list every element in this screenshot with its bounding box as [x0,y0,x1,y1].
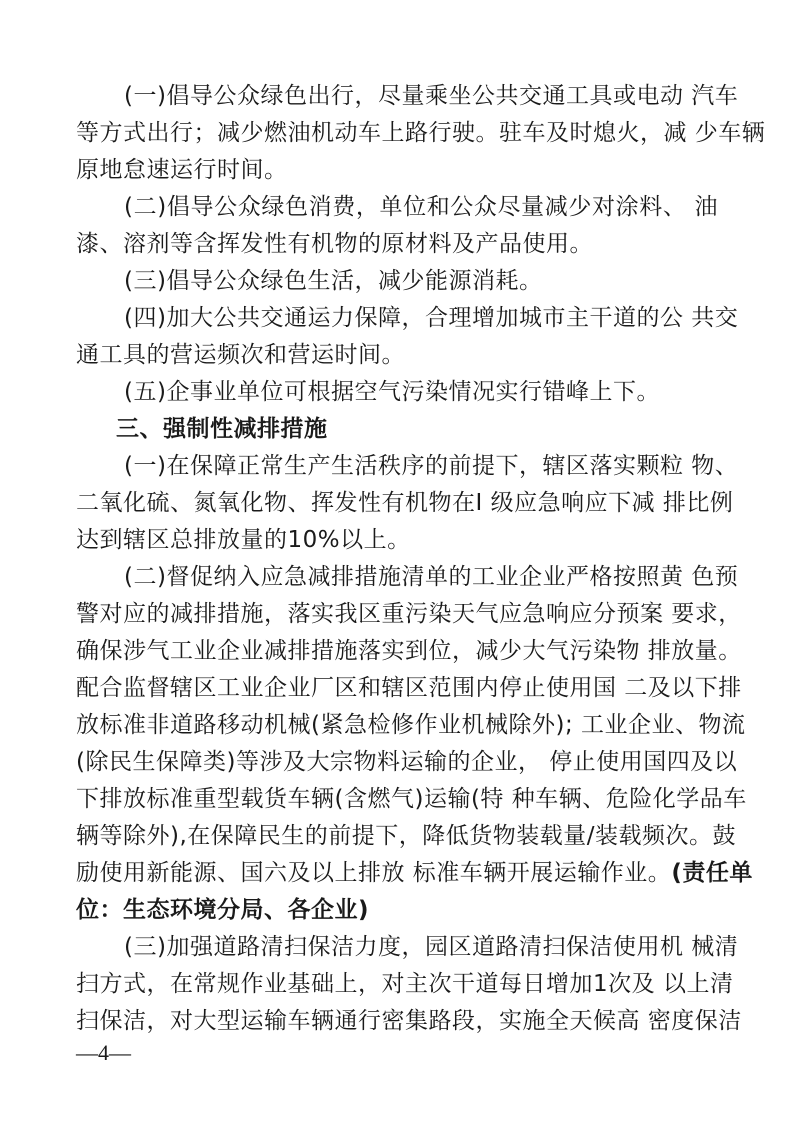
text-line: (一)在保障正常生产生活秩序的前提下，辖区落实颗粒 物、 [76,448,718,485]
text-line: 等方式出行；减少燃油机动车上路行驶。驻车及时熄火，减 少车辆 [76,115,718,152]
responsibility-label: 位：生态环境分局、各企业) [76,892,718,929]
paragraph-emission-reduction-ratio: (一)在保障正常生产生活秩序的前提下，辖区落实颗粒 物、 二氧化硫、氮氧化物、挥… [76,448,718,559]
text-line: (一)倡导公众绿色出行，尽量乘坐公共交通工具或电动 汽车 [76,78,718,115]
text-line: 通工具的营运频次和营运时间。 [76,337,718,374]
paragraph-green-consumption: (二)倡导公众绿色消费，单位和公众尽量减少对涂料、 油 漆、溶剂等含挥发性有机物… [76,189,718,263]
text-line: 达到辖区总排放量的10%以上。 [76,522,718,559]
paragraph-industrial-enterprises: (二)督促纳入应急减排措施清单的工业企业严格按照黄 色预 警对应的减排措施，落实… [76,559,718,929]
text-line: (三)加强道路清扫保洁力度，园区道路清扫保洁使用机 械清 [76,929,718,966]
document-page: (一)倡导公众绿色出行，尽量乘坐公共交通工具或电动 汽车 等方式出行；减少燃油机… [76,78,718,1040]
text-line: 二氧化硫、氮氧化物、挥发性有机物在I 级应急响应下减 排比例 [76,485,718,522]
text-segment: 励使用新能源、国六及以上排放 标准车辆开展运输作业。 [76,860,671,886]
text-line: (二)督促纳入应急减排措施清单的工业企业严格按照黄 色预 [76,559,718,596]
text-line: 扫方式，在常规作业基础上，对主次干道每日增加1次及 以上清 [76,966,718,1003]
section-heading: 三、强制性减排措施 [76,411,718,448]
text-line: 放标准非道路移动机械(紧急检修作业机械除外); 工业企业、物流 [76,707,718,744]
text-line: (四)加大公共交通运力保障，合理增加城市主干道的公 共交 [76,300,718,337]
paragraph-road-cleaning: (三)加强道路清扫保洁力度，园区道路清扫保洁使用机 械清 扫方式，在常规作业基础… [76,929,718,1040]
text-line: 警对应的减排措施，落实我区重污染天气应急响应分预案 要求， [76,596,718,633]
text-line: 下排放标准重型载货车辆(含燃气)运输(特 种车辆、危险化学品车 [76,781,718,818]
text-line-with-responsibility: 励使用新能源、国六及以上排放 标准车辆开展运输作业。(责任单 [76,855,718,892]
paragraph-staggered-hours: (五)企事业单位可根据空气污染情况实行错峰上下。 [76,374,718,411]
section-heading-mandatory-measures: 三、强制性减排措施 [76,411,718,448]
page-number: —4— [76,1040,131,1066]
text-line: (二)倡导公众绿色消费，单位和公众尽量减少对涂料、 油 [76,189,718,226]
text-line: 漆、溶剂等含挥发性有机物的原材料及产品使用。 [76,226,718,263]
text-line: 配合监督辖区工业企业厂区和辖区范围内停止使用国 二及以下排 [76,670,718,707]
text-line: (五)企事业单位可根据空气污染情况实行错峰上下。 [76,374,718,411]
paragraph-green-travel: (一)倡导公众绿色出行，尽量乘坐公共交通工具或电动 汽车 等方式出行；减少燃油机… [76,78,718,189]
responsibility-label-start: (责任单 [671,860,753,886]
text-line: 辆等除外),在保障民生的前提下，降低货物装载量/装载频次。鼓 [76,818,718,855]
text-line: 扫保洁，对大型运输车辆通行密集路段，实施全天候高 密度保洁 [76,1003,718,1040]
text-line: 原地怠速运行时间。 [76,152,718,189]
paragraph-green-living: (三)倡导公众绿色生活，减少能源消耗。 [76,263,718,300]
text-line: 确保涉气工业企业减排措施落实到位，减少大气污染物 排放量。 [76,633,718,670]
paragraph-public-transport: (四)加大公共交通运力保障，合理增加城市主干道的公 共交 通工具的营运频次和营运… [76,300,718,374]
text-line: (三)倡导公众绿色生活，减少能源消耗。 [76,263,718,300]
text-line: (除民生保障类)等涉及大宗物料运输的企业， 停止使用国四及以 [76,744,718,781]
